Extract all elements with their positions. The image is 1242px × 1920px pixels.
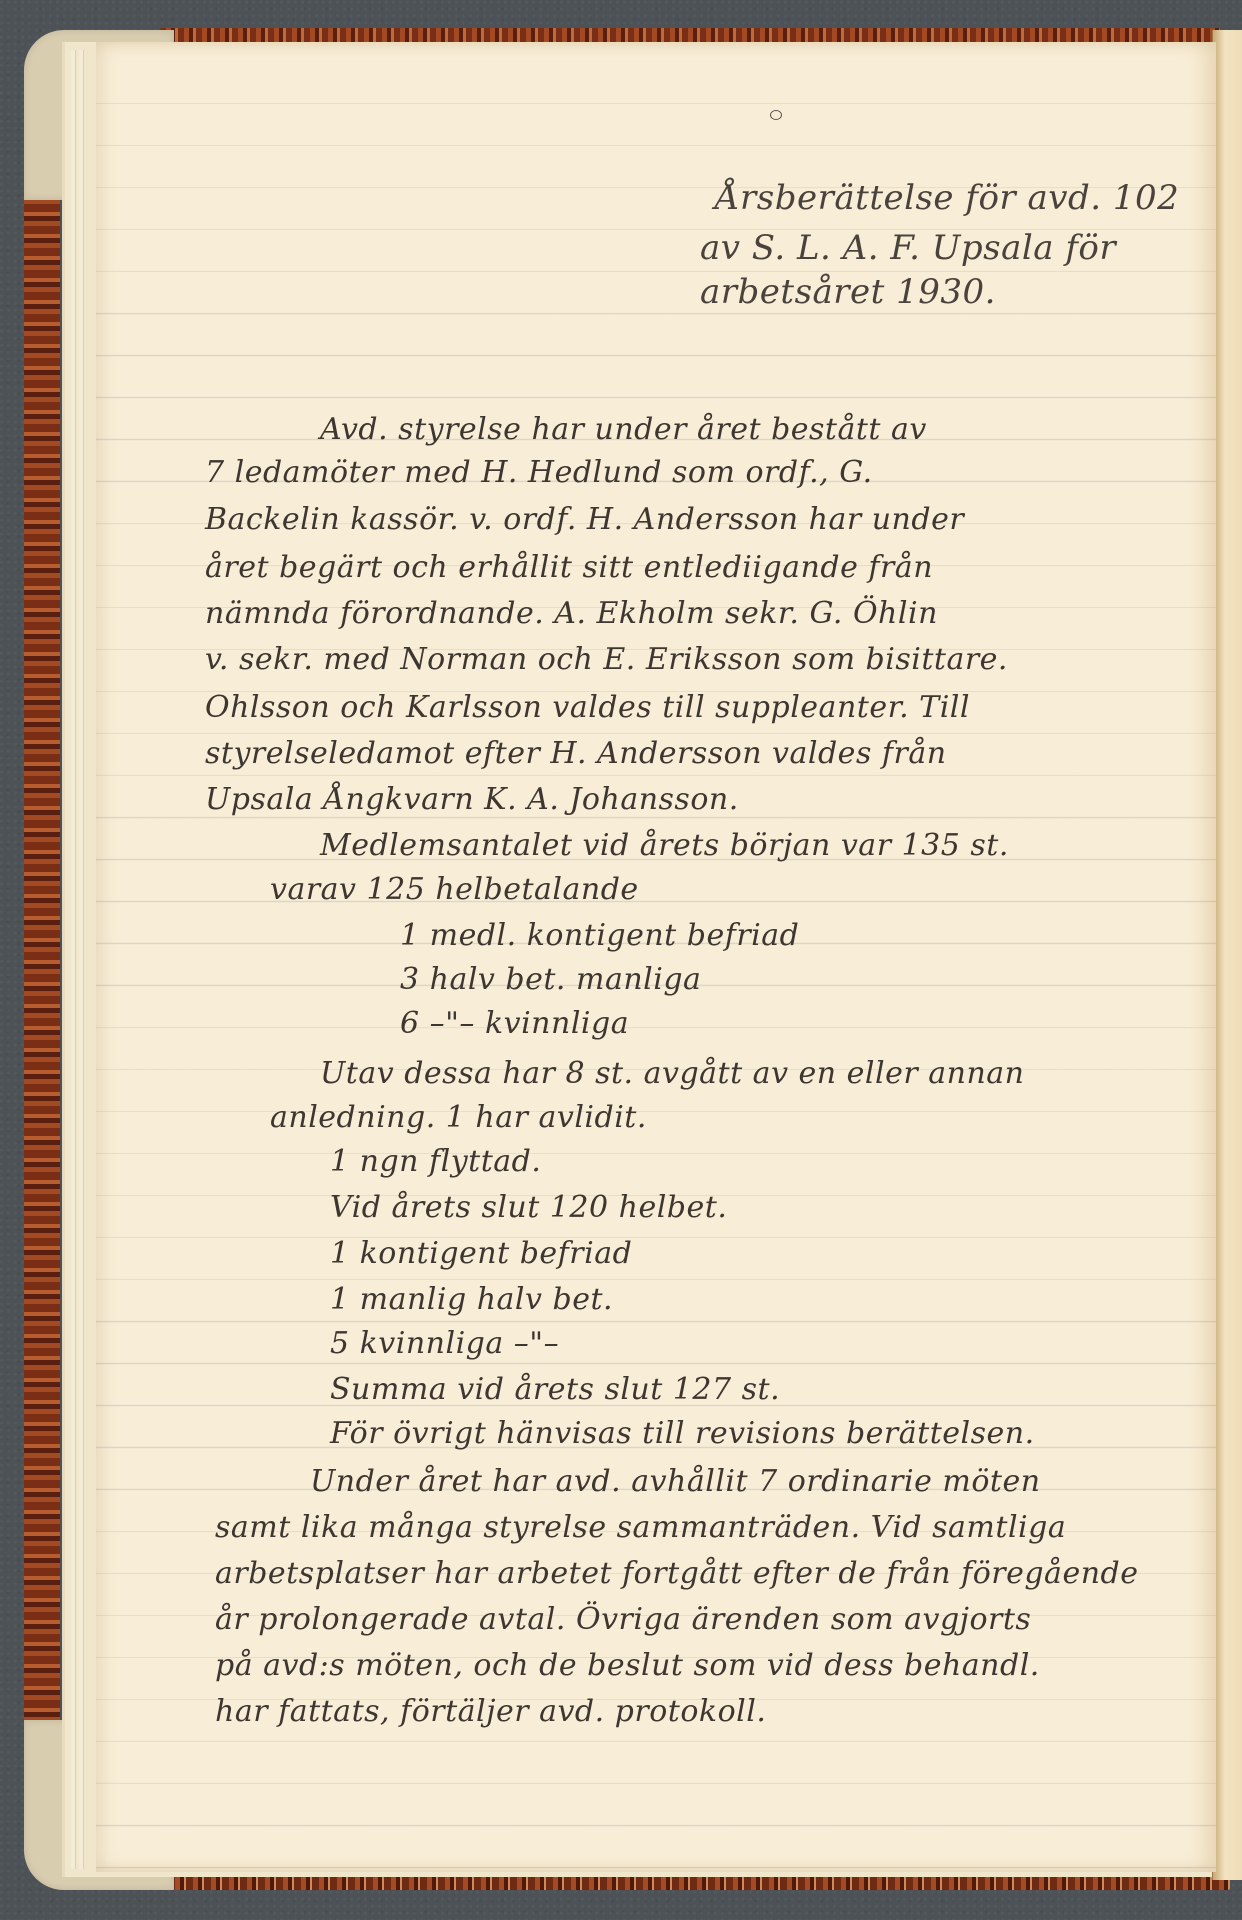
book-gutter [1212, 30, 1242, 1880]
body-line: Under året har avd. avhållit 7 ordinarie… [310, 1464, 1041, 1499]
body-line: arbetsplatser har arbetet fortgått efter… [215, 1556, 1138, 1591]
body-line: anledning. 1 har avlidit. [270, 1100, 647, 1135]
body-line: 3 halv bet. manliga [400, 962, 701, 997]
body-line: Medlemsantalet vid årets början var 135 … [320, 828, 1009, 863]
body-line: Upsala Ångkvarn K. A. Johansson. [205, 782, 739, 817]
body-line: 1 ngn flyttad. [330, 1144, 541, 1179]
body-line: Summa vid årets slut 127 st. [330, 1372, 780, 1407]
body-line: 1 manlig halv bet. [330, 1282, 613, 1317]
body-line: Avd. styrelse har under året bestått av [320, 412, 927, 447]
body-line: styrelseledamot efter H. Andersson valde… [205, 736, 947, 771]
title-line-3: arbetsåret 1930. [700, 272, 996, 312]
book-cover-left-edge [24, 170, 60, 1730]
body-line: 5 kvinnliga –"– [330, 1326, 559, 1361]
body-line: Ohlsson och Karlsson valdes till supplea… [205, 690, 970, 725]
body-line: år prolongerade avtal. Övriga ärenden so… [215, 1602, 1031, 1637]
body-line: Utav dessa har 8 st. avgått av en eller … [320, 1056, 1024, 1091]
body-line: har fattats, förtäljer avd. protokoll. [215, 1694, 766, 1729]
title-line-1: Årsberättelse för avd. 102 [715, 178, 1179, 218]
body-line: året begärt och erhållit sitt entlediiga… [205, 550, 933, 585]
body-line: v. sekr. med Norman och E. Eriksson som … [205, 642, 1008, 677]
body-line: varav 125 helbetalande [270, 872, 639, 907]
body-line: Vid årets slut 120 helbet. [330, 1190, 727, 1225]
body-line: 1 kontigent befriad [330, 1236, 632, 1271]
ring-mark [770, 110, 782, 120]
body-line: För övrigt hänvisas till revisions berät… [330, 1416, 1035, 1451]
body-line: 6 –"– kvinnliga [400, 1006, 629, 1041]
body-line: 7 ledamöter med H. Hedlund som ordf., G. [205, 455, 873, 490]
title-line-2: av S. L. A. F. Upsala för [700, 228, 1116, 268]
ledger-page [96, 42, 1216, 1872]
body-line: Backelin kassör. v. ordf. H. Andersson h… [205, 502, 964, 537]
body-line: samt lika många styrelse sammanträden. V… [215, 1510, 1066, 1545]
body-line: på avd:s möten, och de beslut som vid de… [215, 1648, 1040, 1683]
body-line: 1 medl. kontigent befriad [400, 918, 799, 953]
body-line: nämnda förordnande. A. Ekholm sekr. G. Ö… [205, 596, 938, 631]
